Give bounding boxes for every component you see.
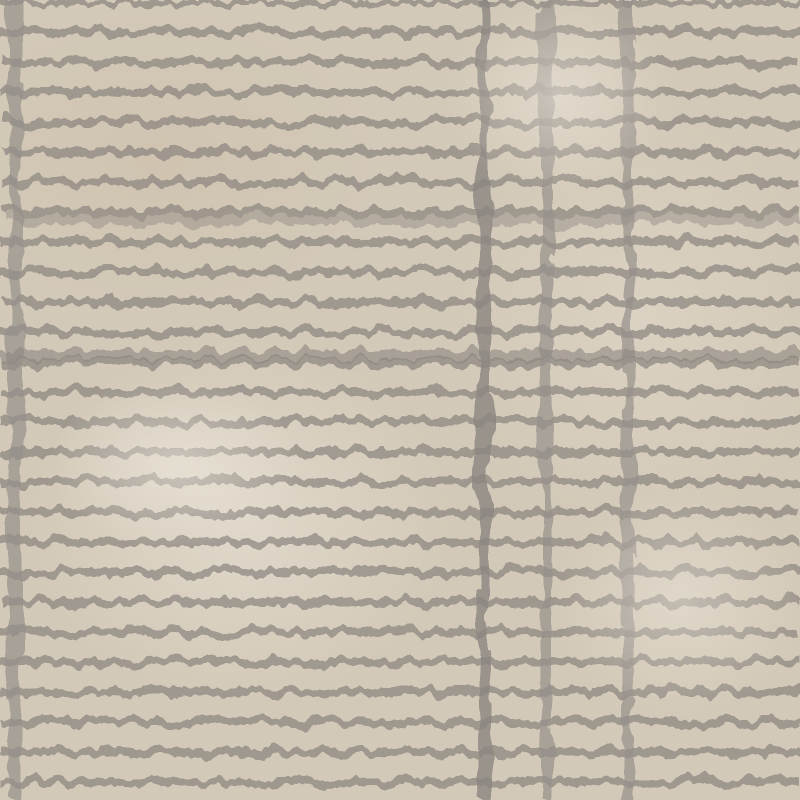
rug-texture-photo	[0, 0, 800, 800]
light-patches	[0, 0, 800, 800]
